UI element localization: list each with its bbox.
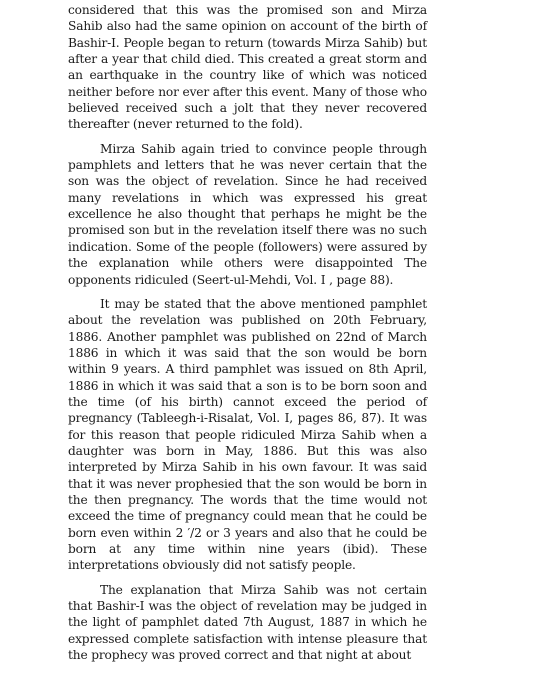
paragraph-pamphlet-dates: It may be stated that the above mentione… [68, 296, 427, 574]
paragraph-explanation: The explanation that Mirza Sahib was not… [68, 582, 427, 664]
paragraph-birth-of-bashir: considered that this was the promised so… [68, 2, 427, 133]
paragraph-convince-people: Mirza Sahib again tried to convince peop… [68, 141, 427, 288]
document-page: considered that this was the promised so… [68, 2, 427, 671]
